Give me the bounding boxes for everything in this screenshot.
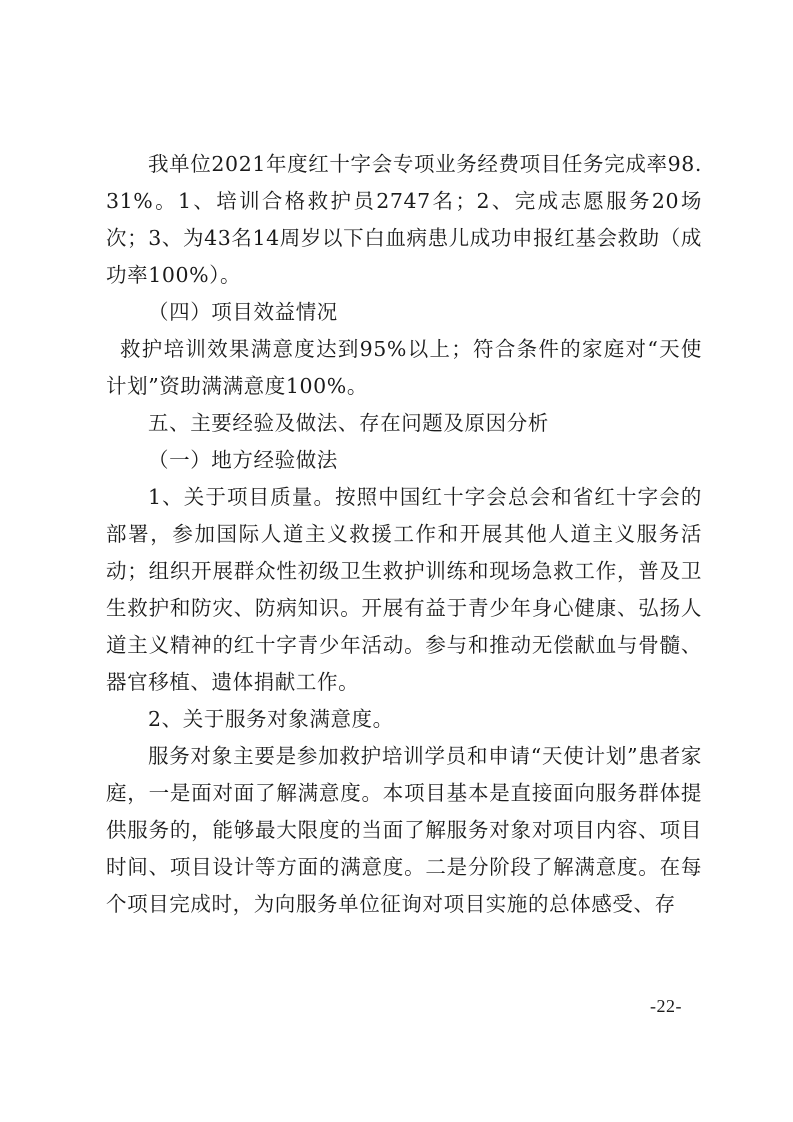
paragraph-project-quality: 1、关于项目质量。按照中国红十字会总会和省红十字会的部署，参加国际人道主义救援工… [106,479,702,701]
document-body: 我单位2021年度红十字会专项业务经费项目任务完成率98.31%。1、培训合格救… [106,146,702,923]
heading-service-satisfaction: 2、关于服务对象满意度。 [106,701,702,738]
heading-project-benefits: （四）项目效益情况 [106,294,702,331]
heading-experience-and-problems: 五、主要经验及做法、存在问题及原因分析 [106,405,702,442]
heading-local-experience: （一）地方经验做法 [106,442,702,479]
document-page: 我单位2021年度红十字会专项业务经费项目任务完成率98.31%。1、培训合格救… [0,0,793,1122]
paragraph-service-satisfaction: 服务对象主要是参加救护培训学员和申请“天使计划”患者家庭，一是面对面了解满意度。… [106,738,702,923]
paragraph-benefits: 救护培训效果满意度达到95%以上；符合条件的家庭对“天使计划”资助满满意度100… [106,331,702,405]
paragraph-completion-rate: 我单位2021年度红十字会专项业务经费项目任务完成率98.31%。1、培训合格救… [106,146,702,294]
page-number: -22- [650,996,682,1017]
